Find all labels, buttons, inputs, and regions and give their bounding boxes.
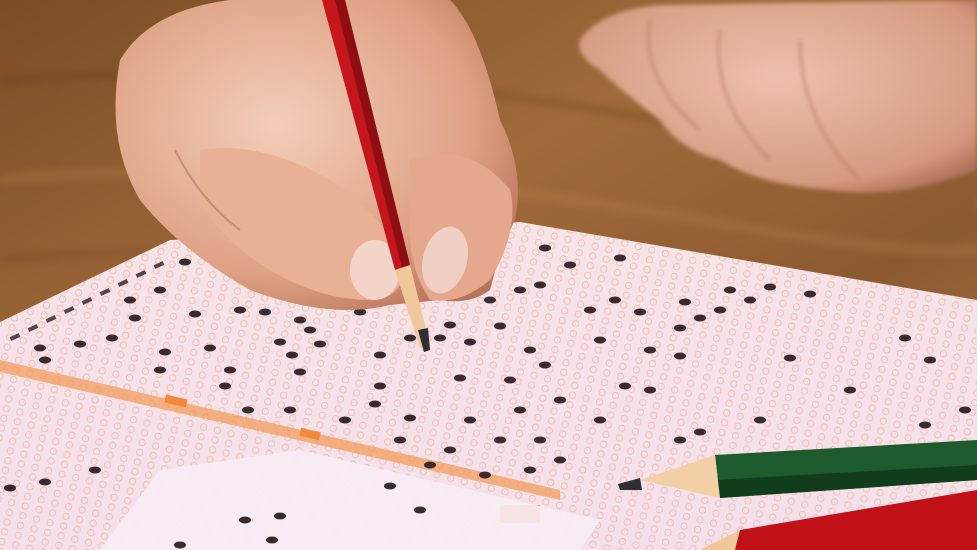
answer-sheet-photo (0, 0, 977, 550)
photo-scene (0, 0, 977, 550)
